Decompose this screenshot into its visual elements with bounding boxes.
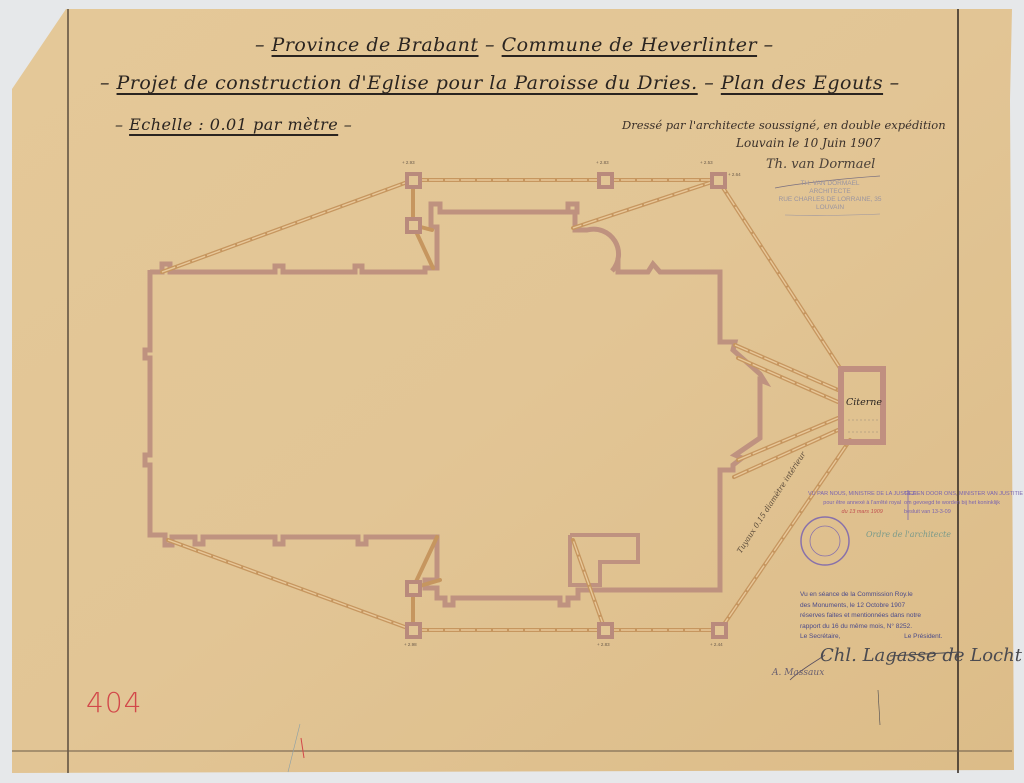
president-signature: Chl. Lagasse de Locht [820, 645, 1022, 666]
title-line-1: – Province de Brabant – Commune de Hever… [255, 34, 774, 56]
manhole-level-label: + 2.98 [404, 642, 417, 647]
commission-approval: Vu en séance de la Commission Roy.le des… [800, 590, 942, 643]
secretary-label: Le Secrétaire, [800, 633, 840, 640]
ministry-stamp-french: VU PAR NOUS, MINISTRE DE LA JUSTICE pour… [808, 490, 916, 517]
drawn-by-note: Dressé par l'architecte soussigné, en do… [622, 118, 946, 132]
ministry-stamp-dutch: GEZIEN DOOR ONS, MINISTER VAN JUSTITIE o… [904, 490, 1023, 517]
cistern-label: Citerne [846, 397, 882, 408]
scale-line: – Echelle : 0.01 par mètre – [115, 115, 352, 134]
manhole-level-label: + 2.93 [402, 160, 415, 165]
president-label: Le Président. [904, 633, 942, 640]
province-commune-title-part1: Province de Brabant [272, 34, 479, 56]
manhole-level-label: + 2.53 [700, 160, 713, 165]
place-date: Louvain le 10 Juin 1907 [736, 136, 881, 150]
manhole-level-label: + 2.83 [597, 642, 610, 647]
project-title: Projet de construction d'Eglise pour la … [117, 72, 698, 94]
manhole-level-label: + 2.64 [728, 172, 741, 177]
province-commune-title-part2: Commune de Heverlinter [502, 34, 757, 56]
architect-signature: Th. van Dormael [766, 157, 875, 172]
manhole-level-label: + 2.83 [596, 160, 609, 165]
architect-stamp: TH. VAN DORMAEL ARCHITECTE RUE CHARLES D… [775, 180, 885, 212]
plan-title: Plan des Egouts [721, 72, 883, 94]
secretary-signature: A. Massaux [772, 668, 824, 678]
title-line-2: – Projet de construction d'Eglise pour l… [100, 72, 900, 94]
manhole-level-label: + 2.44 [710, 642, 723, 647]
scale-label: Echelle : 0.01 par mètre [129, 115, 338, 134]
ministry-initials-note: Ordre de l'architecte [866, 530, 951, 539]
catalog-number: 404 [86, 686, 142, 719]
